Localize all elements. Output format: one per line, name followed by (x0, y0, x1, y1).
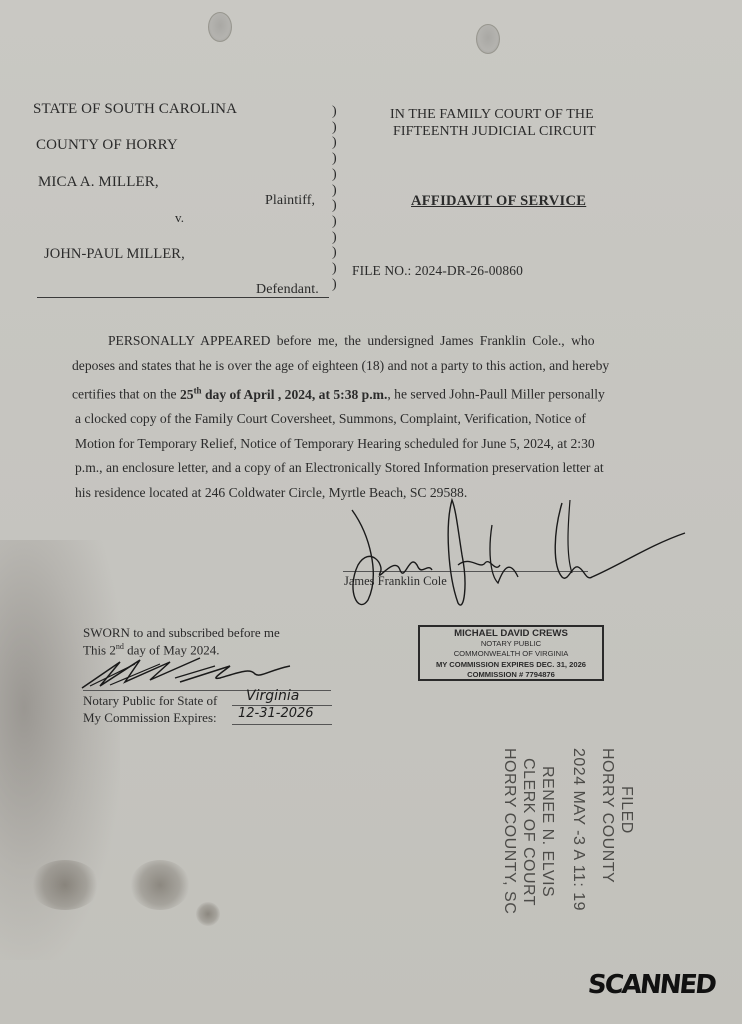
notary-stamp: MICHAEL DAVID CREWS NOTARY PUBLIC COMMON… (418, 625, 604, 681)
notary-stamp-expires: MY COMMISSION EXPIRES DEC. 31, 2026 (420, 660, 602, 670)
body-line-6: p.m., an enclosure letter, and a copy of… (75, 456, 665, 481)
filed-stamp-line-5: CLERK OF COURT (519, 748, 538, 908)
file-number: FILE NO.: 2024-DR-26-00860 (352, 263, 523, 279)
caption-versus: v. (175, 210, 184, 226)
caption-plaintiff-name: MICA A. MILLER, (38, 174, 159, 191)
jurat-line-1: SWORN to and subscribed before me (83, 625, 280, 641)
filed-stamp-line-1: FILED (617, 748, 636, 908)
caption-plaintiff-label: Plaintiff, (265, 193, 315, 209)
notary-state-label: Notary Public for State of (83, 693, 217, 709)
affidavit-body: PERSONALLY APPEARED before me, the under… (75, 329, 665, 505)
caption-defendant-label: Defendant. (256, 282, 319, 298)
filed-stamp-line-4: RENEE N. ELVIS (538, 748, 557, 908)
stain (30, 860, 100, 910)
body-line-5: Motion for Temporary Relief, Notice of T… (75, 432, 665, 457)
body-line-3-post: , he served John-Paull Miller personally (387, 387, 604, 402)
filed-stamp-line-2: HORRY COUNTY (598, 748, 617, 908)
service-day: 25 (180, 387, 194, 402)
commission-underline (232, 724, 332, 725)
filed-stamp: FILED HORRY COUNTY 2024 MAY -3 A 11: 19 … (500, 748, 636, 908)
notary-stamp-name: MICHAEL DAVID CREWS (420, 629, 602, 639)
body-line-4: a clocked copy of the Family Court Cover… (75, 407, 665, 432)
body-line-2: deposes and states that he is over the a… (72, 354, 665, 379)
filed-stamp-line-6: HORRY COUNTY, SC (500, 748, 519, 908)
filed-stamp-line-3: 2024 MAY -3 A 11: 19 (569, 748, 588, 908)
notary-signature (80, 652, 295, 692)
body-line-3: certifies that on the 25th day of April … (72, 378, 665, 407)
caption-underline (37, 297, 329, 298)
punch-hole-left (208, 12, 232, 42)
commission-value: 12-31-2026 (238, 706, 314, 721)
affiant-signature (340, 495, 700, 615)
body-line-3-pre: certifies that on the (72, 387, 180, 402)
stain (130, 860, 190, 910)
service-date: 25th day of April , 2024, at 5:38 p.m. (180, 387, 387, 402)
service-date-time: day of April , 2024, at 5:38 p.m. (202, 387, 388, 402)
commission-label: My Commission Expires: (83, 710, 217, 726)
jurat-day-suffix: nd (116, 642, 124, 651)
notary-stamp-commission: COMMISSION # 7794876 (420, 670, 602, 680)
court-line-2: FIFTEENTH JUDICIAL CIRCUIT (393, 124, 596, 140)
stain (196, 902, 220, 926)
caption-state: STATE OF SOUTH CAROLINA (33, 101, 237, 118)
notary-stamp-title: NOTARY PUBLIC (420, 639, 602, 649)
caption-defendant-name: JOHN-PAUL MILLER, (44, 246, 185, 263)
scanned-mark: SCANNED (586, 970, 716, 1000)
punch-hole-right (476, 24, 500, 54)
service-day-suffix: th (194, 385, 202, 395)
caption-county: COUNTY OF HORRY (36, 137, 178, 154)
notary-stamp-jurisdiction: COMMONWEALTH OF VIRGINIA (420, 649, 602, 659)
caption-parens: ) ) ) ) ) ) ) ) ) ) ) ) (332, 104, 337, 292)
body-line-1: PERSONALLY APPEARED before me, the under… (75, 329, 665, 354)
notary-state-value: Virginia (246, 688, 299, 704)
document-title: AFFIDAVIT OF SERVICE (411, 193, 586, 210)
court-line-1: IN THE FAMILY COURT OF THE (390, 107, 594, 123)
